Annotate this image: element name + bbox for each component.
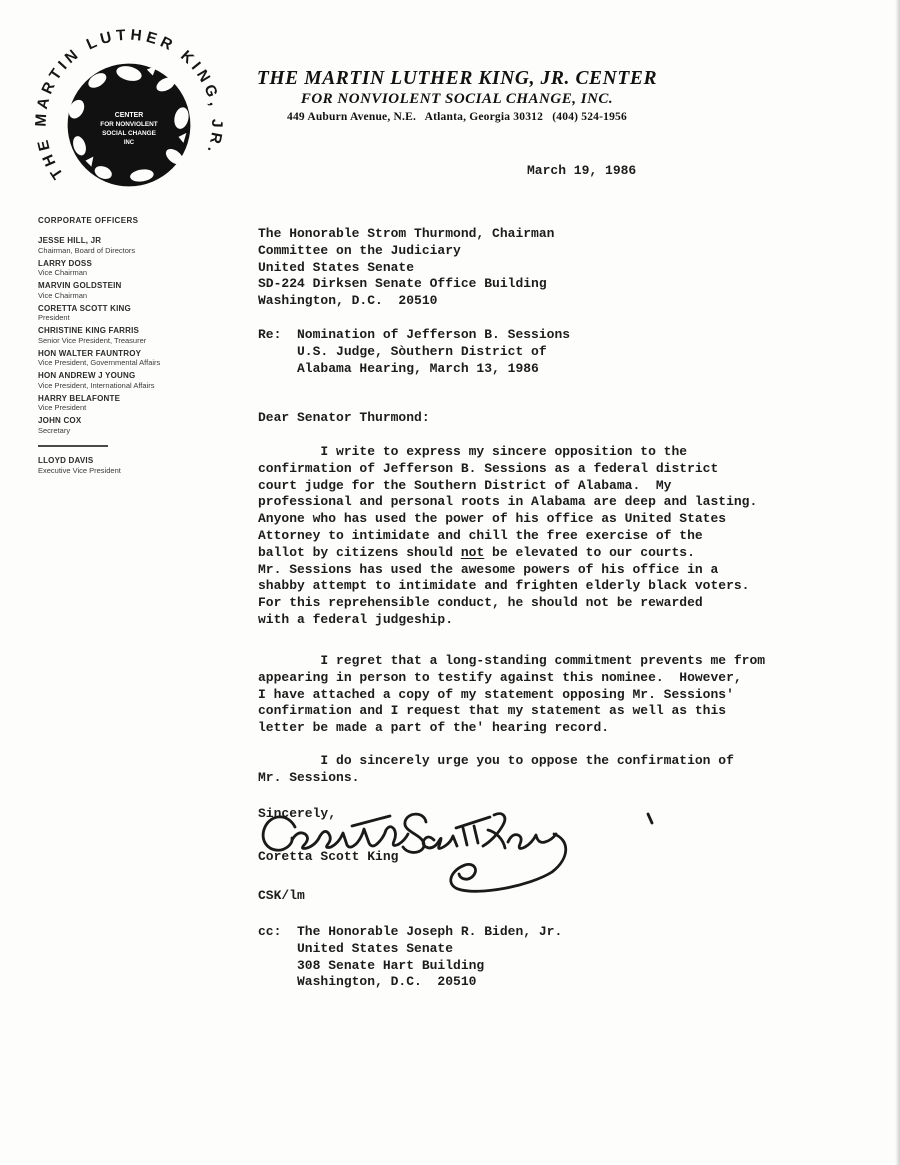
text-line: I have attached a copy of my statement o… [258,687,765,704]
text-line: court judge for the Southern District of… [258,478,757,495]
text-line: Washington, D.C. 20510 [258,974,562,991]
text-line: Washington, D.C. 20510 [258,293,554,310]
officer-title: Vice President [38,403,243,413]
text-line: Re: Nomination of Jefferson B. Sessions [258,327,570,344]
text-line: confirmation of Jefferson B. Sessions as… [258,461,757,478]
officer-entry: HARRY BELAFONTE Vice President [38,394,243,413]
officer-entry: HON WALTER FAUNTROY Vice President, Gove… [38,349,243,368]
officer-title: Senior Vice President, Treasurer [38,336,243,346]
subject-re-block: Re: Nomination of Jefferson B. Sessions … [258,327,570,377]
officers-divider [38,445,108,447]
text-line: ballot by citizens should not be elevate… [258,545,757,562]
officer-title: Executive Vice President [38,466,243,476]
text-line: with a federal judgeship. [258,612,757,629]
officer-name: JESSE HILL, JR [38,236,243,246]
salutation: Dear Senator Thurmond: [258,410,430,427]
svg-text:INC: INC [124,140,135,146]
text-line: Committee on the Judiciary [258,243,554,260]
officer-title: Vice Chairman [38,291,243,301]
svg-text:FOR NONVIOLENT: FOR NONVIOLENT [100,121,158,128]
text-line: Attorney to intimidate and chill the fre… [258,528,757,545]
text-line: United States Senate [258,941,562,958]
text-line: Mr. Sessions has used the awesome powers… [258,562,757,579]
executive-officer-entry: LLOYD DAVIS Executive Vice President [38,456,243,475]
officers-list: JESSE HILL, JR Chairman, Board of Direct… [38,236,243,435]
text-line: letter be made a part of the' hearing re… [258,720,765,737]
officer-title: Vice President, Governmental Affairs [38,358,243,368]
text-line: U.S. Judge, Sòuthern District of [258,344,570,361]
text-line: appearing in person to testify against t… [258,670,765,687]
officer-entry: JESSE HILL, JR Chairman, Board of Direct… [38,236,243,255]
officer-entry: CORETTA SCOTT KING President [38,304,243,323]
letter-date: March 19, 1986 [527,163,636,180]
text-line: shabby attempt to intimidate and frighte… [258,578,757,595]
officer-name: HON ANDREW J YOUNG [38,371,243,381]
text-line: SD-224 Dirksen Senate Office Building [258,276,554,293]
officer-name: LLOYD DAVIS [38,456,243,466]
officer-entry: CHRISTINE KING FARRIS Senior Vice Presid… [38,326,243,345]
officer-title: Chairman, Board of Directors [38,246,243,256]
officer-name: JOHN COX [38,416,243,426]
org-subtitle: FOR NONVIOLENT SOCIAL CHANGE, INC. [207,91,707,108]
scan-edge-shadow [895,0,900,1165]
officers-heading: CORPORATE OFFICERS [38,216,243,225]
officer-title: President [38,313,243,323]
officer-entry: LARRY DOSS Vice Chairman [38,259,243,278]
body-paragraph-1: I write to express my sincere opposition… [258,444,757,629]
handwritten-signature [248,782,688,900]
officer-name: MARVIN GOLDSTEIN [38,281,243,291]
typed-signature-name: Coretta Scott King [258,849,398,866]
officer-name: HON WALTER FAUNTROY [38,349,243,359]
text-line: cc: The Honorable Joseph R. Biden, Jr. [258,924,562,941]
text-line: Alabama Hearing, March 13, 1986 [258,361,570,378]
text-line: I do sincerely urge you to oppose the co… [258,753,734,770]
body-paragraph-2: I regret that a long-standing commitment… [258,653,765,737]
text-line: United States Senate [258,260,554,277]
text-line: Anyone who has used the power of his off… [258,511,757,528]
text-line: confirmation and I request that my state… [258,703,765,720]
corporate-officers-sidebar: CORPORATE OFFICERS JESSE HILL, JR Chairm… [38,216,243,479]
text-line: The Honorable Strom Thurmond, Chairman [258,226,554,243]
cc-block: cc: The Honorable Joseph R. Biden, Jr. U… [258,924,562,991]
text-line: professional and personal roots in Alaba… [258,494,757,511]
text-line: I regret that a long-standing commitment… [258,653,765,670]
reference-initials: CSK/lm [258,888,305,905]
svg-text:SOCIAL CHANGE: SOCIAL CHANGE [102,130,156,137]
text-line: I write to express my sincere opposition… [258,444,757,461]
officer-name: LARRY DOSS [38,259,243,269]
officer-name: HARRY BELAFONTE [38,394,243,404]
officer-title: Secretary [38,426,243,436]
recipient-address-block: The Honorable Strom Thurmond, ChairmanCo… [258,226,554,310]
officer-entry: JOHN COX Secretary [38,416,243,435]
org-name: THE MARTIN LUTHER KING, JR. CENTER [207,68,707,90]
officer-name: CORETTA SCOTT KING [38,304,243,314]
mlk-center-seal-logo: THE MARTIN LUTHER KING, JR. CENTER FOR N… [30,26,228,224]
officer-title: Vice President, International Affairs [38,381,243,391]
letterhead: THE MARTIN LUTHER KING, JR. CENTER FOR N… [207,68,707,123]
officer-entry: HON ANDREW J YOUNG Vice President, Inter… [38,371,243,390]
officer-name: CHRISTINE KING FARRIS [38,326,243,336]
officer-entry: MARVIN GOLDSTEIN Vice Chairman [38,281,243,300]
officer-title: Vice Chairman [38,268,243,278]
text-line: For this reprehensible conduct, he shoul… [258,595,757,612]
letter-page: THE MARTIN LUTHER KING, JR. CENTER FOR N… [0,0,900,1165]
svg-text:CENTER: CENTER [115,112,143,119]
text-line: 308 Senate Hart Building [258,958,562,975]
org-address: 449 Auburn Avenue, N.E. Atlanta, Georgia… [207,111,707,123]
